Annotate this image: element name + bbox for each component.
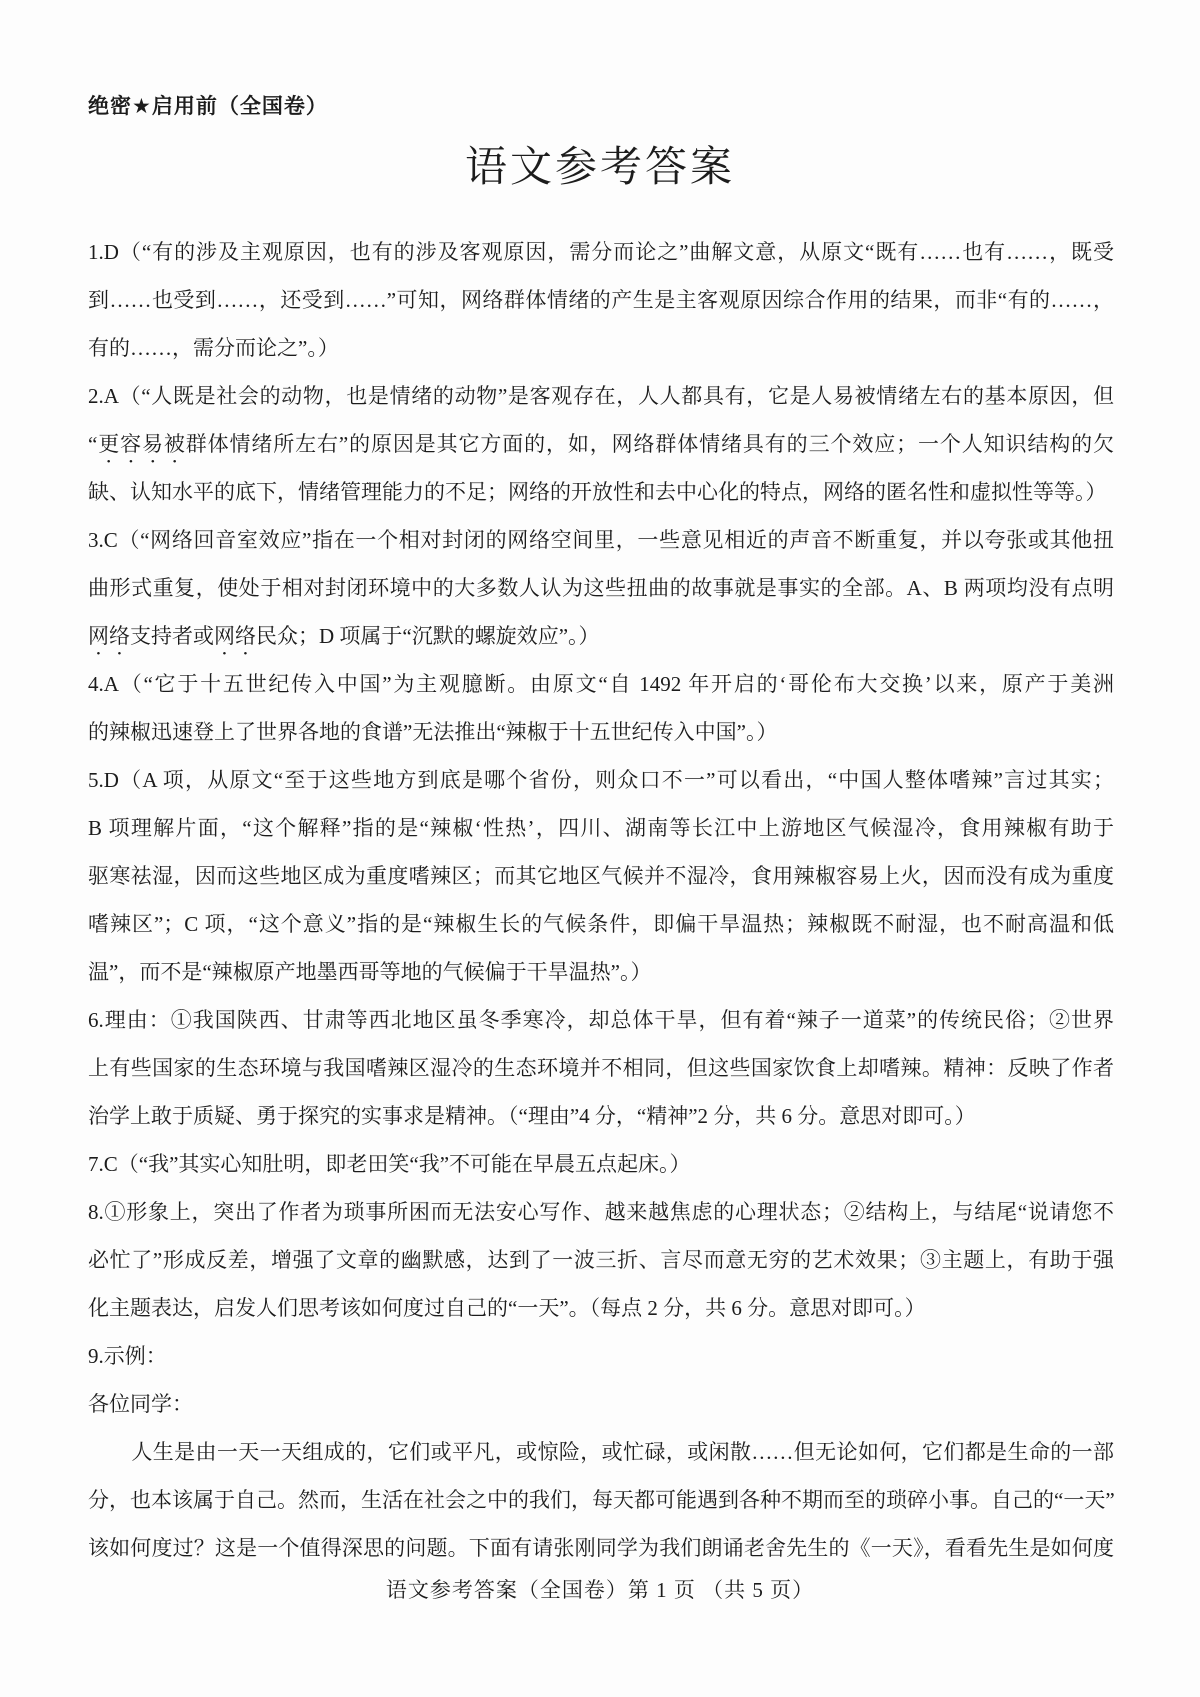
text-line: 上有些国家的生态环境与我国嗜辣区湿冷的生态环境并不相同，但这些国家饮食上却嗜辣。…: [88, 1044, 1114, 1092]
answer-paragraph: 8.①形象上，突出了作者为琐事所困而无法安心写作、越来越焦虑的心理状态；②结构上…: [88, 1188, 1114, 1332]
text-line: 缺、认知水平的底下，情绪管理能力的不足；网络的开放性和去中心化的特点，网络的匿名…: [88, 468, 1114, 516]
answer-paragraph: 5.D（A 项，从原文“至于这些地方到底是哪个省份，则众口不一”可以看出，“中国…: [88, 756, 1114, 996]
text-line: 5.D（A 项，从原文“至于这些地方到底是哪个省份，则众口不一”可以看出，“中国…: [88, 756, 1114, 804]
page-footer: 语文参考答案（全国卷）第 1 页 （共 5 页）: [0, 1574, 1200, 1604]
text-line: 该如何度过？这是一个值得深思的问题。下面有请张刚同学为我们朗诵老舍先生的《一天》…: [88, 1524, 1114, 1572]
emphasis-text: 网络: [88, 624, 130, 648]
text-line: 4.A（“它于十五世纪传入中国”为主观臆断。由原文“自 1492 年开启的‘哥伦…: [88, 660, 1114, 708]
classification-label: 绝密★启用前（全国卷）: [88, 90, 328, 120]
answer-paragraph: 3.C（“网络回音室效应”指在一个相对封闭的网络空间里，一些意见相近的声音不断重…: [88, 516, 1114, 660]
text-line: 治学上敢于质疑、勇于探究的实事求是精神。（“理由”4 分，“精神”2 分，共 6…: [88, 1092, 1114, 1140]
text-line: 8.①形象上，突出了作者为琐事所困而无法安心写作、越来越焦虑的心理状态；②结构上…: [88, 1188, 1114, 1236]
answer-paragraph: 人生是由一天一天组成的，它们或平凡，或惊险，或忙碌，或闲散……但无论如何，它们都…: [88, 1428, 1114, 1572]
emphasis-text: 网络: [214, 624, 256, 648]
text-line: 的辣椒迅速登上了世界各地的食谱”无法推出“辣椒于十五世纪传入中国”。）: [88, 708, 1114, 756]
emphasis-text: 更容易被: [97, 432, 185, 456]
text-line: 6.理由：①我国陕西、甘肃等西北地区虽冬季寒冷，却总体干旱，但有着“辣子一道菜”…: [88, 996, 1114, 1044]
text-line: 化主题表达，启发人们思考该如何度过自己的“一天”。（每点 2 分，共 6 分。意…: [88, 1284, 1114, 1332]
text-line: 到……也受到……，还受到……”可知，网络群体情绪的产生是主客观原因综合作用的结果…: [88, 276, 1114, 324]
text-line: “更容易被群体情绪所左右”的原因是其它方面的，如，网络群体情绪具有的三个效应；一…: [88, 420, 1114, 468]
answer-paragraph: 7.C（“我”其实心知肚明，即老田笑“我”不可能在早晨五点起床。）: [88, 1140, 1114, 1188]
text-line: 必忙了”形成反差，增强了文章的幽默感，达到了一波三折、言尽而意无穷的艺术效果；③…: [88, 1236, 1114, 1284]
text-line: 9.示例：: [88, 1332, 1114, 1380]
answer-paragraph: 4.A（“它于十五世纪传入中国”为主观臆断。由原文“自 1492 年开启的‘哥伦…: [88, 660, 1114, 756]
answer-paragraph: 1.D（“有的涉及主观原因，也有的涉及客观原因，需分而论之”曲解文意，从原文“既…: [88, 228, 1114, 372]
answer-paragraph: 6.理由：①我国陕西、甘肃等西北地区虽冬季寒冷，却总体干旱，但有着“辣子一道菜”…: [88, 996, 1114, 1140]
answer-paragraph: 2.A（“人既是社会的动物，也是情绪的动物”是客观存在，人人都具有，它是人易被情…: [88, 372, 1114, 516]
answer-paragraph: 各位同学：: [88, 1380, 1114, 1428]
answer-paragraph: 9.示例：: [88, 1332, 1114, 1380]
answers-section: 1.D（“有的涉及主观原因，也有的涉及客观原因，需分而论之”曲解文意，从原文“既…: [88, 228, 1114, 1572]
document-page: 绝密★启用前（全国卷） 语文参考答案 1.D（“有的涉及主观原因，也有的涉及客观…: [0, 0, 1200, 1697]
text-line: 驱寒祛湿，因而这些地区成为重度嗜辣区；而其它地区气候并不湿冷，食用辣椒容易上火，…: [88, 852, 1114, 900]
text-line: 温”，而不是“辣椒原产地墨西哥等地的气候偏于干旱温热”。）: [88, 948, 1114, 996]
text-line: 嗜辣区”；C 项，“这个意义”指的是“辣椒生长的气候条件，即偏干旱温热；辣椒既不…: [88, 900, 1114, 948]
page-title: 语文参考答案: [0, 134, 1200, 194]
text-line: 网络支持者或网络民众；D 项属于“沉默的螺旋效应”。）: [88, 612, 1114, 660]
text-line: 7.C（“我”其实心知肚明，即老田笑“我”不可能在早晨五点起床。）: [88, 1140, 1114, 1188]
text-line: 各位同学：: [88, 1380, 1114, 1428]
text-line: 2.A（“人既是社会的动物，也是情绪的动物”是客观存在，人人都具有，它是人易被情…: [88, 372, 1114, 420]
text-line: 曲形式重复，使处于相对封闭环境中的大多数人认为这些扭曲的故事就是事实的全部。A、…: [88, 564, 1114, 612]
text-line: 分，也本该属于自己。然而，生活在社会之中的我们，每天都可能遇到各种不期而至的琐碎…: [88, 1476, 1114, 1524]
text-line: 3.C（“网络回音室效应”指在一个相对封闭的网络空间里，一些意见相近的声音不断重…: [88, 516, 1114, 564]
text-line: B 项理解片面，“这个解释”指的是“辣椒‘性热’，四川、湖南等长江中上游地区气候…: [88, 804, 1114, 852]
text-line: 有的……，需分而论之”。）: [88, 324, 1114, 372]
text-line: 人生是由一天一天组成的，它们或平凡，或惊险，或忙碌，或闲散……但无论如何，它们都…: [88, 1428, 1114, 1476]
text-line: 1.D（“有的涉及主观原因，也有的涉及客观原因，需分而论之”曲解文意，从原文“既…: [88, 228, 1114, 276]
